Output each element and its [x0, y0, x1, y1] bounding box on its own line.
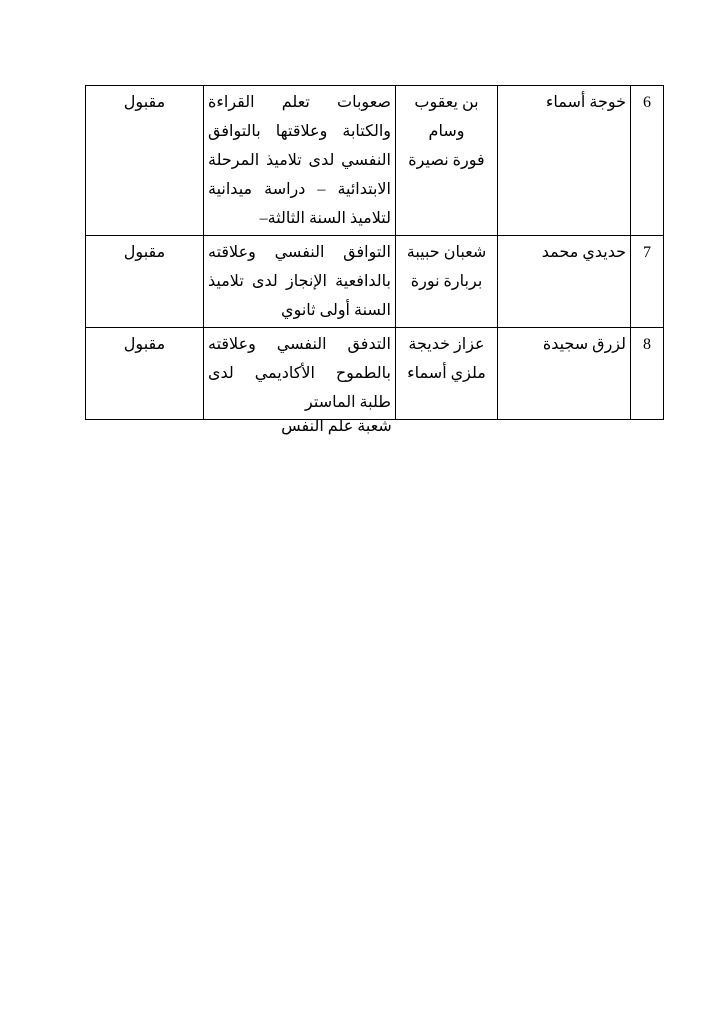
thesis-title-cell: صعوبات تعلم القراءة والكتابة وعلاقتها با… — [204, 86, 396, 236]
supervisor-name: شعبان حبيبة — [400, 238, 493, 267]
table-row: 6 خوجة أسماء بن يعقوب وسام فورة نصيرة صع… — [86, 86, 664, 236]
supervisor-name: بربارة نورة — [400, 267, 493, 296]
table-row: 8 لزرق سجيدة عزاز خديجة ملزي أسماء التدف… — [86, 328, 664, 420]
student-name-cell: حديدي محمد — [498, 236, 631, 328]
result-cell: مقبول — [86, 86, 204, 236]
student-name-cell: خوجة أسماء — [498, 86, 631, 236]
document-page: 6 خوجة أسماء بن يعقوب وسام فورة نصيرة صع… — [0, 0, 725, 1024]
table-row: 7 حديدي محمد شعبان حبيبة بربارة نورة الت… — [86, 236, 664, 328]
supervisor-name: بن يعقوب وسام — [400, 88, 493, 146]
thesis-title-cell: التدفق النفسي وعلاقته بالطموح الأكاديمي … — [204, 328, 396, 420]
result-cell: مقبول — [86, 328, 204, 420]
supervisors-cell: بن يعقوب وسام فورة نصيرة — [396, 86, 498, 236]
supervisors-cell: شعبان حبيبة بربارة نورة — [396, 236, 498, 328]
section-label: شعبة علم النفس — [0, 412, 699, 441]
row-number-cell: 7 — [631, 236, 664, 328]
student-name-cell: لزرق سجيدة — [498, 328, 631, 420]
supervisor-name: ملزي أسماء — [400, 359, 493, 388]
row-number-cell: 6 — [631, 86, 664, 236]
supervisor-name: فورة نصيرة — [400, 146, 493, 175]
row-number-cell: 8 — [631, 328, 664, 420]
thesis-title-cell: التوافق النفسي وعلاقته بالدافعية الإنجاز… — [204, 236, 396, 328]
supervisor-name: عزاز خديجة — [400, 330, 493, 359]
result-cell: مقبول — [86, 236, 204, 328]
theses-results-table: 6 خوجة أسماء بن يعقوب وسام فورة نصيرة صع… — [85, 85, 664, 420]
supervisors-cell: عزاز خديجة ملزي أسماء — [396, 328, 498, 420]
